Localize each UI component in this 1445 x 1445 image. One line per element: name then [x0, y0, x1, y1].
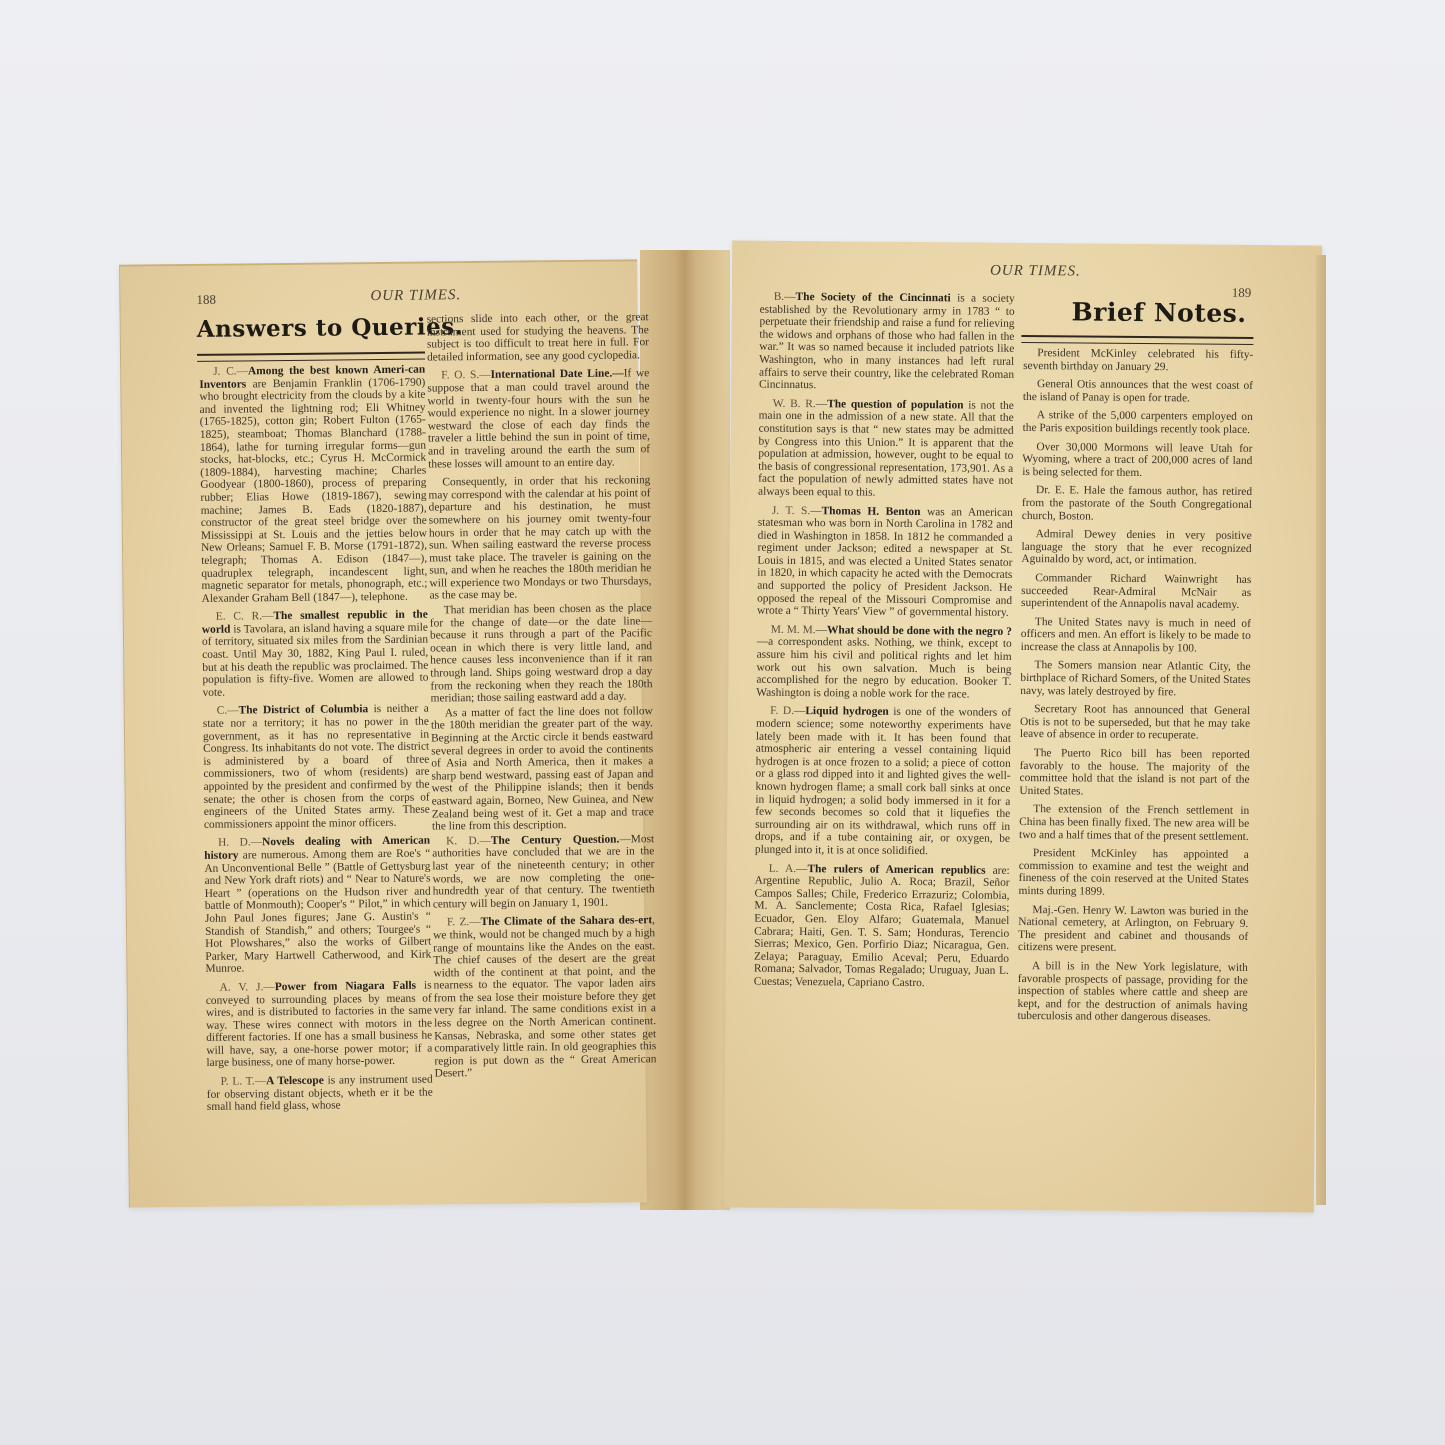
brief-note: Secretary Root has announced that Genera… [1020, 703, 1250, 743]
query-answer: As a matter of fact the line does not fo… [431, 705, 654, 833]
answer-text: Consequently, in order that his reckonin… [428, 474, 651, 602]
query-answer: C.—The District of Columbia is neither a… [203, 703, 430, 831]
query-answer: B.—The Society of the Cincinnati is a so… [759, 291, 1015, 394]
answer-text: are Benjamin Franklin (1706-1790) who br… [199, 376, 427, 604]
brief-note: Maj.-Gen. Henry W. Lawton was buried in … [1018, 904, 1248, 956]
query-answer: H. D.—Novels dealing with American histo… [204, 835, 431, 976]
right-running-head: OUR TIMES. [990, 263, 1081, 281]
query-answer: J. C.—Among the best known Ameri-can Inv… [199, 364, 427, 606]
query-topic: The rulers of American republics [807, 863, 985, 877]
querent-initials: L. A.— [769, 862, 808, 874]
brief-note: The Puerto Rico bill has been reported f… [1019, 747, 1249, 799]
brief-notes-rule [1021, 335, 1253, 345]
query-topic: The Society of the Cincinnati [796, 291, 951, 304]
query-answer: W. B. R.—The question of population is n… [758, 397, 1014, 500]
query-topic: The question of population [827, 398, 963, 411]
brief-note: Over 30,000 Mormons will leave Utah for … [1022, 441, 1252, 481]
query-answer: Consequently, in order that his reckonin… [428, 474, 651, 602]
query-topic: The District of Columbia [239, 704, 369, 717]
query-topic: A Telescope [266, 1075, 324, 1088]
page-edges [1316, 255, 1326, 1205]
answers-column-2: sections slide into each other, or the g… [427, 311, 657, 1086]
query-topic: The Century Question. [491, 833, 620, 846]
query-topic: Power from Niagara Falls [275, 980, 416, 993]
query-answer: That meridian has been chosen as the pla… [430, 602, 653, 705]
brief-note: Admiral Dewey denies in very positive la… [1021, 528, 1251, 568]
query-answer: M. M. M.—What should be done with the ne… [756, 624, 1012, 702]
left-running-head: OUR TIMES. [370, 287, 461, 305]
title-rule [197, 352, 425, 362]
query-answer: K. D.—The Century Question.—Most authori… [432, 833, 655, 911]
query-answer: E. C. R.—The smallest republic in the wo… [202, 609, 429, 700]
query-topic: The Climate of the Sahara des-ert [481, 915, 653, 929]
answers-column-3: B.—The Society of the Cincinnati is a so… [754, 291, 1015, 997]
brief-note: The Somers mansion near Atlantic City, t… [1020, 659, 1250, 699]
answers-column-1: J. C.—Among the best known Ameri-can Inv… [199, 364, 433, 1120]
querent-initials: J. T. S.— [772, 504, 822, 516]
answer-text: was an American statesman who was born i… [757, 506, 1013, 620]
answer-text: If we suppose that a man could travel ar… [427, 368, 650, 470]
query-answer: J. T. S.—Thomas H. Benton was an America… [757, 504, 1013, 620]
answers-to-queries-title: Answers to Queries. [197, 313, 464, 343]
querent-initials: F. O. S.— [441, 369, 490, 382]
brief-note: The United States navy is much in need o… [1021, 616, 1251, 656]
brief-note: Dr. E. E. Hale the famous author, has re… [1022, 484, 1252, 524]
answer-text: is one of the wonders of modern science;… [755, 706, 1011, 857]
brief-notes-title: Brief Notes. [1071, 297, 1246, 328]
querent-initials: W. B. R.— [773, 398, 827, 410]
brief-note: Commander Richard Wainwright has succeed… [1021, 572, 1251, 612]
brief-note: President McKinley celebrated his fifty-… [1023, 347, 1253, 374]
querent-initials: B.— [774, 291, 796, 303]
querent-initials: C.— [217, 705, 239, 717]
query-answer: sections slide into each other, or the g… [427, 311, 650, 364]
query-answer: A. V. J.—Power from Niagara Falls is con… [206, 979, 433, 1070]
query-topic: Liquid hydrogen [805, 706, 889, 719]
answer-text: —a correspondent asks. Nothing, we think… [756, 636, 1012, 700]
left-page: 188 OUR TIMES. Answers to Queries. J. C.… [119, 259, 647, 1207]
query-topic: Thomas H. Benton [822, 505, 921, 518]
brief-note: President McKinley has appointed a commi… [1019, 847, 1249, 899]
answer-text: As a matter of fact the line does not fo… [431, 705, 654, 833]
answer-text: is a society established by the Revoluti… [759, 292, 1015, 391]
brief-note: A strike of the 5,000 carpenters employe… [1023, 409, 1253, 436]
answer-text: are: Argentine Republic, Julio A. Roca; … [754, 864, 1010, 989]
querent-initials: F. Z.— [447, 916, 481, 928]
querent-initials: F. D.— [770, 705, 805, 717]
query-topic: What should be done with the negro ? [827, 624, 1012, 638]
querent-initials: E. C. R.— [216, 610, 274, 623]
querent-initials: J. C.— [213, 365, 248, 377]
query-answer: P. L. T.—A Telescope is any instrument u… [207, 1074, 433, 1114]
query-answer: F. O. S.—International Date Line.—If we … [427, 368, 650, 471]
query-answer: L. A.—The rulers of American republics a… [754, 862, 1010, 990]
answer-text: is neither a state nor a territory; it h… [203, 703, 430, 831]
answer-text: is not the main one in the admission of … [758, 399, 1014, 498]
answer-text: are numerous. Among them are Roe's “ An … [204, 847, 431, 975]
querent-initials: P. L. T.— [221, 1075, 267, 1087]
query-answer: F. Z.—The Climate of the Sahara des-ert,… [433, 914, 657, 1080]
brief-note: The extension of the French settlement i… [1019, 803, 1249, 843]
brief-note: General Otis announces that the west coa… [1023, 378, 1253, 405]
querent-initials: A. V. J.— [220, 981, 275, 994]
brief-notes-column: President McKinley celebrated his fifty-… [1017, 347, 1253, 1031]
answer-text: sections slide into each other, or the g… [427, 311, 649, 363]
querent-initials: H. D.— [218, 837, 262, 849]
querent-initials: M. M. M.— [771, 624, 827, 636]
brief-note: A bill is in the New York legislature, w… [1017, 960, 1248, 1025]
answer-text: , we think, would not be changed much by… [433, 914, 656, 1079]
answer-text: is Tavolara, an island having a square m… [202, 621, 429, 698]
querent-initials: K. D.— [446, 835, 491, 847]
right-page: OUR TIMES. 189 B.—The Society of the Cin… [724, 240, 1322, 1212]
query-answer: F. D.—Liquid hydrogen is one of the wond… [755, 705, 1011, 858]
answer-text: That meridian has been chosen as the pla… [430, 602, 653, 704]
left-page-number: 188 [196, 292, 216, 308]
query-topic: International Date Line.— [491, 368, 624, 381]
